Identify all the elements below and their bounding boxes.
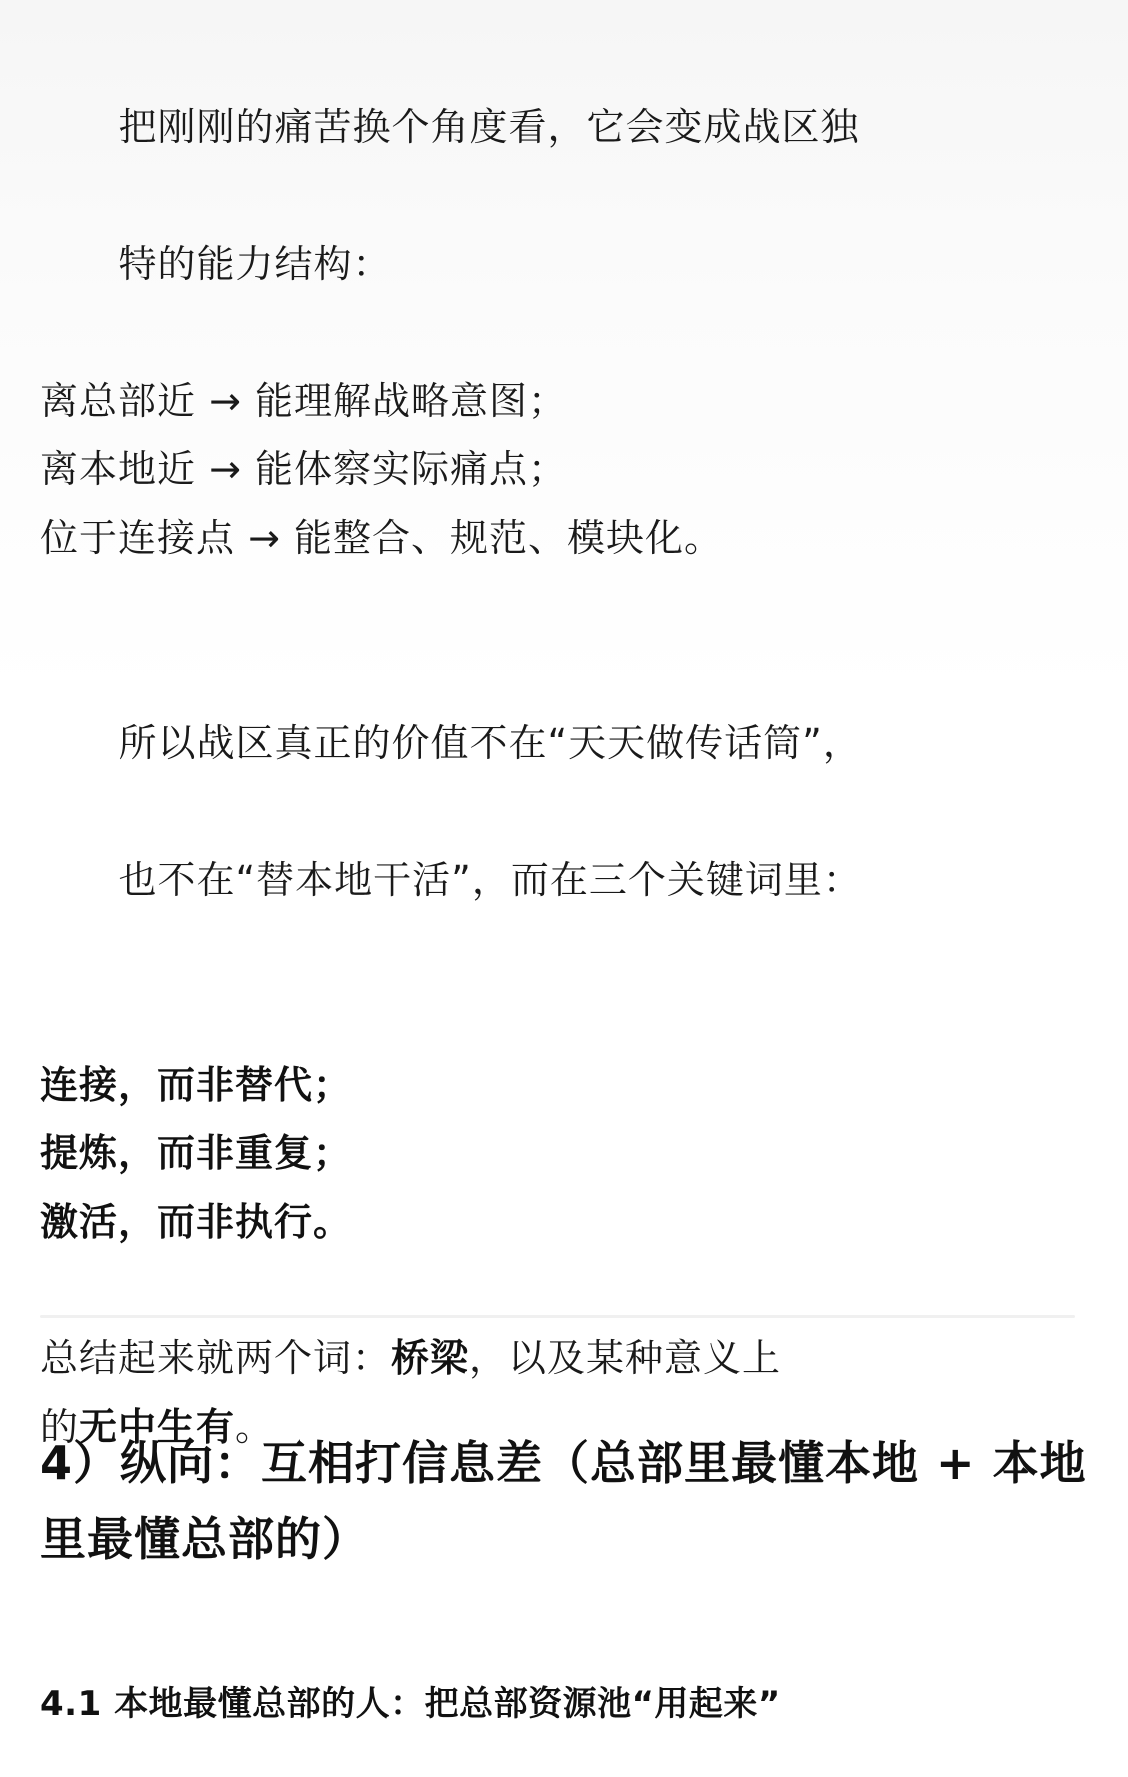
key-word-item: 连接，而非替代； — [40, 1051, 1080, 1120]
section-divider — [40, 1315, 1075, 1318]
paragraph-value-line-2: 也不在“替本地干活”，而在三个关键词里： — [118, 858, 861, 902]
paragraph-intro: 把刚刚的痛苦换个角度看，它会变成战区独 特的能力结构： — [40, 24, 1080, 367]
article-body: 把刚刚的痛苦换个角度看，它会变成战区独 特的能力结构： 离总部近 → 能理解战略… — [40, 24, 1080, 1461]
paragraph-spacer — [40, 1256, 1080, 1324]
summary-middle: ，以及某种意义上 — [469, 1336, 781, 1380]
key-words-list: 连接，而非替代； 提炼，而非重复； 激活，而非执行。 — [40, 1051, 1080, 1257]
key-word-item: 激活，而非执行。 — [40, 1188, 1080, 1257]
article-page: 把刚刚的痛苦换个角度看，它会变成战区独 特的能力结构： 离总部近 → 能理解战略… — [0, 0, 1128, 1777]
paragraph-value: 所以战区真正的价值不在“天天做传话筒”， 也不在“替本地干活”，而在三个关键词里… — [40, 640, 1080, 983]
paragraph-spacer — [40, 983, 1080, 1051]
ability-item: 离本地近 → 能体察实际痛点； — [40, 435, 1080, 504]
key-word-item: 提炼，而非重复； — [40, 1119, 1080, 1188]
section-heading: 4）纵向：互相打信息差（总部里最懂本地 + 本地里最懂总部的） — [40, 1425, 1090, 1577]
paragraph-intro-line-1: 把刚刚的痛苦换个角度看，它会变成战区独 — [118, 105, 859, 149]
paragraph-value-line-1: 所以战区真正的价值不在“天天做传话筒”， — [118, 721, 861, 765]
ability-item: 离总部近 → 能理解战略意图； — [40, 367, 1080, 436]
summary-keyword-bridge: 桥梁 — [391, 1336, 469, 1380]
ability-list: 离总部近 → 能理解战略意图； 离本地近 → 能体察实际痛点； 位于连接点 → … — [40, 367, 1080, 573]
paragraph-spacer — [40, 572, 1080, 640]
subsection-heading: 4.1 本地最懂总部的人：把总部资源池“用起来” — [40, 1680, 1090, 1728]
summary-prefix: 总结起来就两个词： — [40, 1336, 391, 1380]
ability-item: 位于连接点 → 能整合、规范、模块化。 — [40, 504, 1080, 573]
paragraph-intro-line-2: 特的能力结构： — [118, 242, 391, 286]
